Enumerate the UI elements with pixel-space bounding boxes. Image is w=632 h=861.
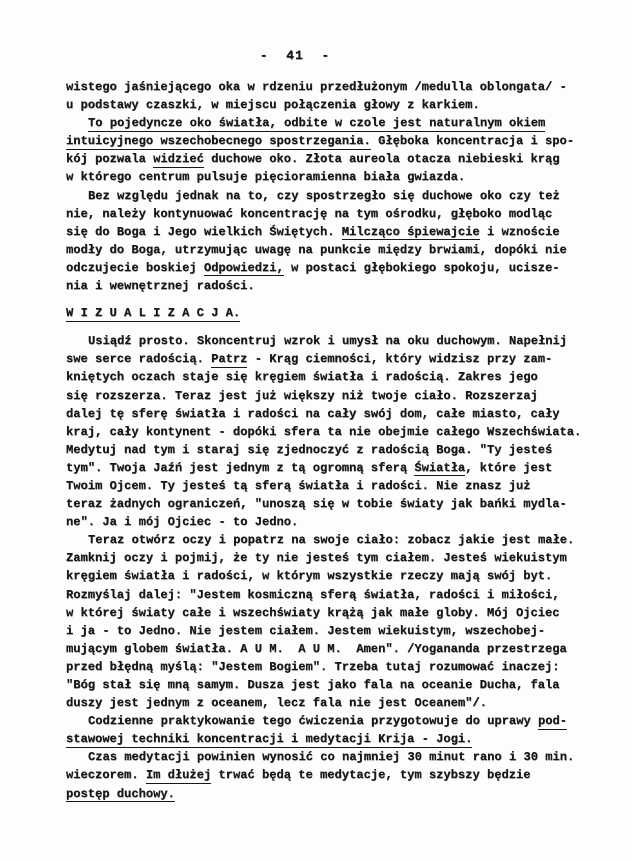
text-segment: mującym globem światła. A U M. A U M. Am… [66,642,567,656]
text-line: przed błędną myślą: "Jestem Bogiem". Trz… [66,658,606,676]
underlined-text: Im dłużej [146,768,211,784]
text-line: Teraz otwórz oczy i popatrz na swoje cia… [66,531,606,549]
text-line: swe serce radością. Patrz - Krąg ciemnoś… [66,350,606,368]
text-line: stawowej techniki koncentracji i medytac… [66,730,606,748]
text-line: się rozszerza. Teraz jest już większy ni… [66,387,606,405]
text-segment: kręgiem światła i radości, w którym wszy… [66,569,552,583]
text-segment: - Krąg ciemności, który widzisz przy zam… [247,352,552,366]
text-segment: i ja - to Jedno. Nie jestem ciałem. Jest… [66,624,545,638]
text-segment: wieczorem. [66,768,146,782]
underlined-text: Patrz [211,352,247,368]
text-segment: kraj, cały kontynent - dopóki sfera ta n… [66,425,581,439]
text-line: mującym globem światła. A U M. A U M. Am… [66,640,606,658]
text-segment: przed błędną myślą: "Jestem Bogiem". Trz… [66,660,560,674]
text-segment: w którego centrum pulsuje pięcioramienna… [66,170,465,184]
text-line: To pojedyncze oko światła, odbite w czol… [66,114,606,132]
text-line: się do Boga i Jego wielkich Świętych. Mi… [66,223,606,241]
text-segment: Usiądź prosto. Skoncentruj wzrok i umysł… [88,334,567,348]
text-line: kraj, cały kontynent - dopóki sfera ta n… [66,423,606,441]
text-segment: nie, należy kontynuować koncentrację na … [66,207,552,221]
text-line: modły do Boga, utrzymując uwagę na punkc… [66,241,606,259]
text-segment: się do Boga i Jego wielkich Świętych. [66,225,342,239]
underlined-text: Milcząco śpiewajcie [342,225,480,241]
text-segment: teraz żadnych ograniczeń, "unoszą się w … [66,497,567,511]
underlined-text: To pojedyncze oko światła, odbite w czol… [88,116,545,132]
text-line: Zamknij oczy i pojmij, że ty nie jesteś … [66,549,606,567]
text-line: nie, należy kontynuować koncentrację na … [66,205,606,223]
text-line: Rozmyślaj dalej: "Jestem kosmiczną sferą… [66,586,606,604]
text-line: tym". Twoja Jaźń jest jednym z tą ogromn… [66,459,606,477]
text-line: u podstawy czaszki, w miejscu połączenia… [66,96,606,114]
text-segment: tym". Twoja Jaźń jest jednym z tą ogromn… [66,461,414,475]
text-segment: duszy jest jednym z oceanem, lecz fala n… [66,696,487,710]
text-segment: Teraz otwórz oczy i popatrz na swoje cia… [88,533,574,547]
underlined-text: stawowej techniki koncentracji i medytac… [66,732,472,748]
text-segment: Rozmyślaj dalej: "Jestem kosmiczną sferą… [66,588,560,602]
underlined-text: W I Z U A L I Z A C J A. [66,306,240,322]
text-segment: Codzienne praktykowanie tego ćwiczenia p… [88,714,538,728]
text-segment: Czas medytacji powinien wynosić co najmn… [88,750,574,764]
underlined-text: widzieć [153,152,204,168]
page-text: wistego jaśniejącego oka w rdzeniu przed… [66,78,606,803]
text-line: Medytuj nad tym i staraj się zjednoczyć … [66,441,606,459]
underlined-text: postęp duchowy. [66,787,175,803]
text-line: Codzienne praktykowanie tego ćwiczenia p… [66,712,606,730]
text-segment: odczujecie boskiej [66,261,204,275]
text-segment: modły do Boga, utrzymując uwagę na punkc… [66,243,567,257]
text-line: Usiądź prosto. Skoncentruj wzrok i umysł… [66,332,606,350]
text-segment: Twoim Ojcem. Ty jesteś tą sferą światła … [66,479,530,493]
text-segment: Zamknij oczy i pojmij, że ty nie jesteś … [66,551,567,565]
text-line: kój pozwala widzieć duchowe oko. Złota a… [66,150,606,168]
text-line: dalej tę sferę światła i radości na cały… [66,405,606,423]
text-line: Czas medytacji powinien wynosić co najmn… [66,748,606,766]
text-line: wieczorem. Im dłużej trwać będą te medyt… [66,766,606,784]
text-segment: w postaci głębokiego spokoju, ucisze- [284,261,560,275]
text-segment: trwać będą te medytacje, tym szybszy będ… [211,768,530,782]
text-segment: się rozszerza. Teraz jest już większy ni… [66,389,538,403]
text-segment: u podstawy czaszki, w miejscu połączenia… [66,98,480,112]
text-segment: i wznoście [480,225,560,239]
text-segment: , które jest [465,461,552,475]
text-line: intuicyjnego wszechobecnego spostrzegani… [66,132,606,150]
text-line: i ja - to Jedno. Nie jestem ciałem. Jest… [66,622,606,640]
text-segment: kój pozwala [66,152,153,166]
text-line: w której światy całe i wszechświaty krąż… [66,604,606,622]
text-segment: "Bóg stał się mną samym. Dusza jest jako… [66,678,560,692]
section-heading: W I Z U A L I Z A C J A. [66,304,606,322]
page-number: - 41 - [0,48,611,63]
text-line: "Bóg stał się mną samym. Dusza jest jako… [66,676,606,694]
text-segment: dalej tę sferę światła i radości na cały… [66,407,560,421]
text-segment: ne". Ja i mój Ojciec - to Jedno. [66,515,298,529]
document-page: - 41 - wistego jaśniejącego oka w rdzeni… [0,0,632,861]
text-line: ne". Ja i mój Ojciec - to Jedno. [66,513,606,531]
underlined-text: pod- [538,714,567,730]
text-line: w którego centrum pulsuje pięcioramienna… [66,168,606,186]
text-segment: swe serce radością. [66,352,211,366]
text-line: kręgiem światła i radości, w którym wszy… [66,567,606,585]
text-line: nia i wewnętrznej radości. [66,277,606,295]
text-line: postęp duchowy. [66,785,606,803]
underlined-text: Odpowiedzi, [204,261,284,277]
text-segment: wistego jaśniejącego oka w rdzeniu przed… [66,80,567,94]
text-segment: kniętych oczach staje się kręgiem światł… [66,370,538,384]
text-line: kniętych oczach staje się kręgiem światł… [66,368,606,386]
text-line: Bez względu jednak na to, czy spostrzegł… [66,187,606,205]
underlined-text: Światła [414,461,465,477]
text-segment: w której światy całe i wszechświaty krąż… [66,606,560,620]
text-line: duszy jest jednym z oceanem, lecz fala n… [66,694,606,712]
text-segment: duchowe oko. Złota aureola otacza niebie… [204,152,560,166]
text-line: teraz żadnych ograniczeń, "unoszą się w … [66,495,606,513]
text-line: odczujecie boskiej Odpowiedzi, w postaci… [66,259,606,277]
text-line: wistego jaśniejącego oka w rdzeniu przed… [66,78,606,96]
text-segment: Medytuj nad tym i staraj się zjednoczyć … [66,443,552,457]
text-segment: Głęboka koncentracja i spo- [371,134,574,148]
text-segment: Bez względu jednak na to, czy spostrzegł… [88,189,560,203]
text-line: Twoim Ojcem. Ty jesteś tą sferą światła … [66,477,606,495]
text-segment: nia i wewnętrznej radości. [66,279,255,293]
underlined-text: intuicyjnego wszechobecnego spostrzegani… [66,134,371,150]
